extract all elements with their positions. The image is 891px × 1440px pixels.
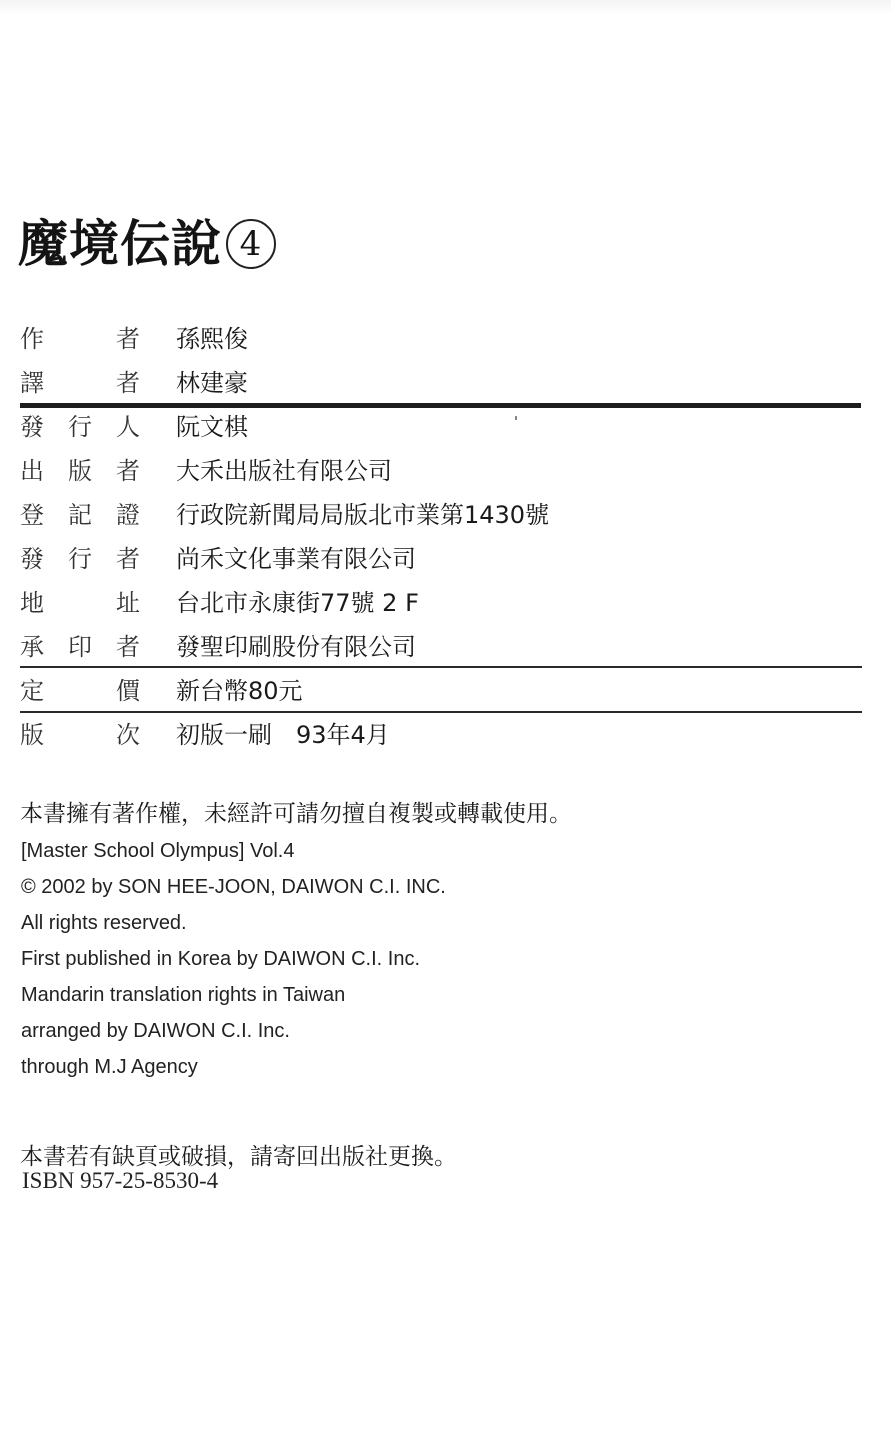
credit-value: 尚禾文化事業有限公司 — [176, 539, 416, 579]
copyright-notice: 本書擁有著作權，未經許可請勿擅自複製或轉載使用。 — [20, 795, 572, 828]
isbn: ISBN 957-25-8530-4 — [22, 1168, 218, 1194]
book-title-text: 魔境伝說 — [18, 215, 222, 273]
english-line: through M.J Agency — [21, 1056, 198, 1079]
credit-label: 登記證 — [20, 495, 140, 535]
credit-value: 阮文棋 — [176, 407, 248, 447]
scan-speck — [515, 416, 517, 420]
credit-label: 譯者 — [20, 363, 140, 403]
section-divider-thin — [20, 666, 862, 668]
credit-label: 出版者 — [20, 451, 140, 491]
english-line: Mandarin translation rights in Taiwan — [21, 984, 345, 1007]
return-notice: 本書若有缺頁或破損，請寄回出版社更換。 — [20, 1138, 457, 1171]
credit-value: 初版一刷 93年4月 — [176, 715, 390, 755]
credit-label: 版次 — [20, 715, 140, 755]
credit-value: 孫熙俊 — [176, 319, 248, 359]
credit-value: 大禾出版社有限公司 — [176, 451, 392, 491]
credit-label: 地址 — [20, 583, 140, 623]
credit-label: 發行人 — [20, 407, 140, 447]
credit-label: 定價 — [20, 671, 140, 711]
english-line: © 2002 by SON HEE-JOON, DAIWON C.I. INC. — [21, 876, 446, 899]
credit-value: 新台幣80元 — [176, 671, 303, 711]
english-line: [Master School Olympus] Vol.4 — [21, 840, 294, 863]
book-title: 魔境伝說4 — [18, 212, 276, 276]
credit-value: 行政院新聞局局版北市業第1430號 — [176, 495, 549, 535]
section-divider-thick — [20, 403, 861, 408]
scan-edge-shadow — [0, 0, 891, 14]
credit-label: 承印者 — [20, 627, 140, 667]
credit-value: 台北市永康街77號 2 F — [176, 583, 419, 623]
credit-label: 作者 — [20, 319, 140, 359]
credit-label: 發行者 — [20, 539, 140, 579]
section-divider-thin — [20, 711, 862, 713]
volume-circled-number: 4 — [226, 219, 276, 269]
english-line: All rights reserved. — [21, 912, 187, 935]
english-line: arranged by DAIWON C.I. Inc. — [21, 1020, 290, 1043]
english-line: First published in Korea by DAIWON C.I. … — [21, 948, 420, 971]
credit-value: 發聖印刷股份有限公司 — [176, 627, 416, 667]
credit-value: 林建豪 — [176, 363, 248, 403]
